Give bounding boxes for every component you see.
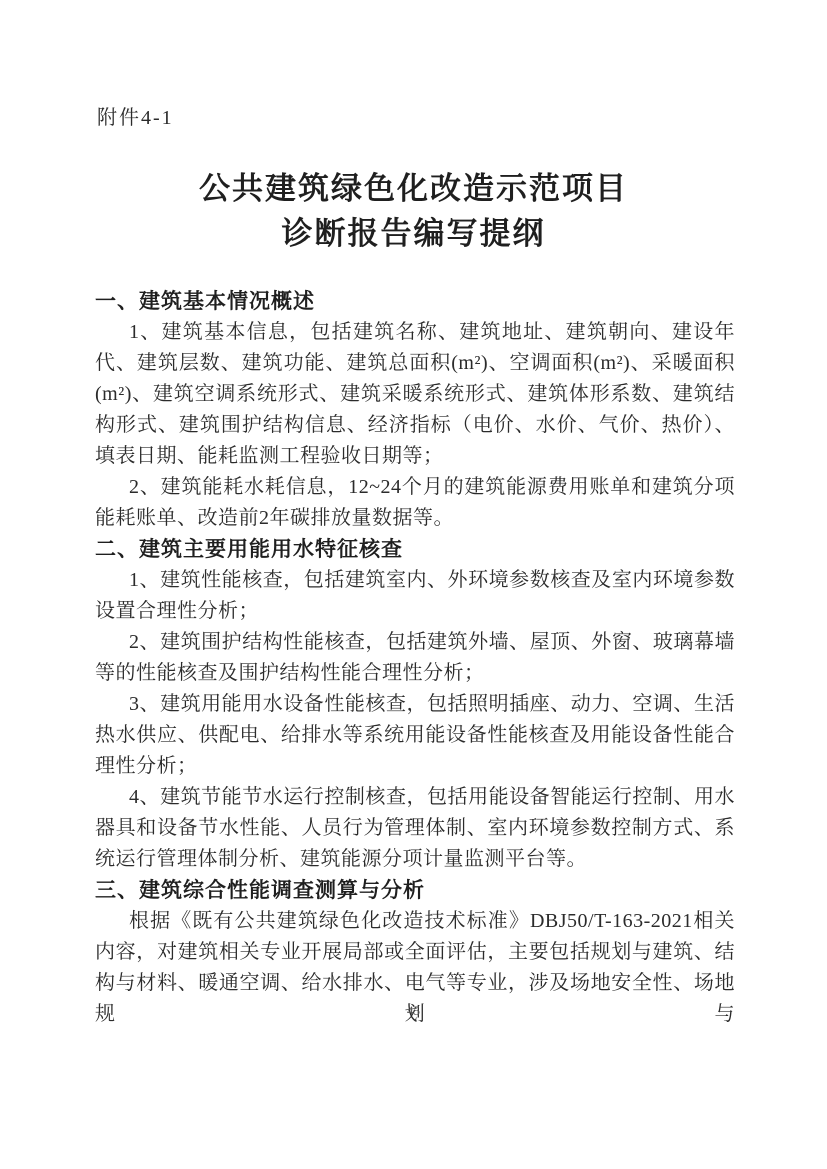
- page-number: 45: [0, 1003, 827, 1019]
- section-2-paragraph-1: 1、建筑性能核查，包括建筑室内、外环境参数核查及室内环境参数设置合理性分析；: [95, 565, 735, 627]
- section-1-paragraph-2: 2、建筑能耗水耗信息，12~24个月的建筑能源费用账单和建筑分项能耗账单、改造前…: [95, 472, 735, 534]
- section-2-paragraph-2: 2、建筑围护结构性能核查，包括建筑外墙、屋顶、外窗、玻璃幕墙等的性能核查及围护结…: [95, 627, 735, 689]
- document-title-line1: 公共建筑绿色化改造示范项目: [0, 166, 827, 211]
- attachment-label: 附件4-1: [97, 106, 174, 130]
- document-title-line2: 诊断报告编写提纲: [0, 211, 827, 256]
- section-1-heading: 一、建筑基本情况概述: [95, 286, 735, 317]
- document-body: 一、建筑基本情况概述 1、建筑基本信息，包括建筑名称、建筑地址、建筑朝向、建设年…: [95, 286, 735, 1030]
- section-2-paragraph-3: 3、建筑用能用水设备性能核查，包括照明插座、动力、空调、生活热水供应、供配电、给…: [95, 689, 735, 782]
- document-title: 公共建筑绿色化改造示范项目 诊断报告编写提纲: [0, 166, 827, 256]
- document-page: 附件4-1 公共建筑绿色化改造示范项目 诊断报告编写提纲 一、建筑基本情况概述 …: [0, 0, 827, 1169]
- section-2-paragraph-4: 4、建筑节能节水运行控制核查，包括用能设备智能运行控制、用水器具和设备节水性能、…: [95, 782, 735, 875]
- section-2-heading: 二、建筑主要用能用水特征核查: [95, 534, 735, 565]
- section-1-paragraph-1: 1、建筑基本信息，包括建筑名称、建筑地址、建筑朝向、建设年代、建筑层数、建筑功能…: [95, 317, 735, 472]
- section-3-heading: 三、建筑综合性能调查测算与分析: [95, 875, 735, 906]
